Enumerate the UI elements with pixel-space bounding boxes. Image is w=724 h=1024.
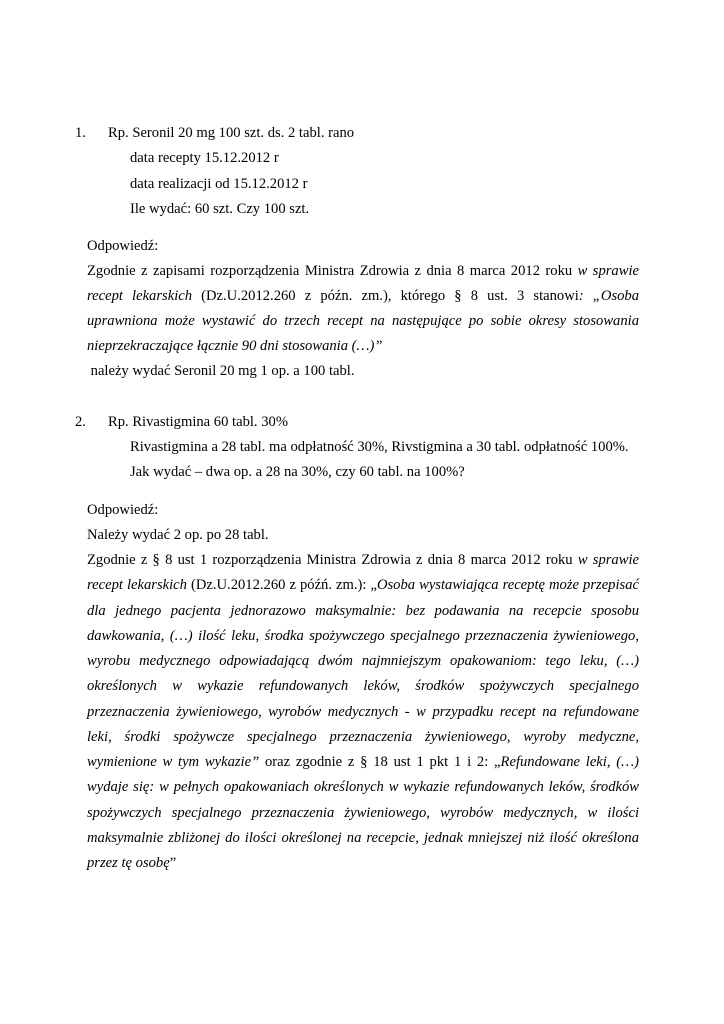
item-1-prescription-date: data recepty 15.12.2012 r [130,149,279,167]
item-1-number: 1. [75,124,86,142]
document-page: 1. Rp. Seronil 20 mg 100 szt. ds. 2 tabl… [0,0,724,1024]
item-2-answer-label: Odpowiedź: [87,501,158,519]
item-1-answer-label: Odpowiedź: [87,237,158,255]
item-2-answer-line: przez tę osobę” [87,854,176,872]
item-1-question: Ile wydać: 60 szt. Czy 100 szt. [130,200,309,218]
item-2-answer-line: określonych w wykazie refundowanych lekó… [87,677,639,695]
item-2-answer-line: dawkowania, (…) ilość leku, środka spoży… [87,627,639,645]
item-2-answer-line: wydaje się: w pełnych opakowaniach okreś… [87,778,639,796]
item-1-answer-line: Zgodnie z zapisami rozporządzenia Minist… [87,262,639,280]
item-1-answer-line: nieprzekraczające łącznie 90 dni stosowa… [87,337,383,355]
item-2-answer-line: spożywczych specjalnego przeznaczenia ży… [87,804,639,822]
item-1-answer-line: uprawniona może wystawić do trzech recep… [87,312,639,330]
item-1-prescription: Rp. Seronil 20 mg 100 szt. ds. 2 tabl. r… [108,124,354,142]
item-2-answer-line: wymienione w tym wykazie” oraz zgodnie z… [87,753,639,771]
item-1-fulfillment-date: data realizacji od 15.12.2012 r [130,175,308,193]
item-2-answer-line: wyrobu medycznego odpowiadającą dwóm naj… [87,652,639,670]
item-1-answer-conclusion: należy wydać Seronil 20 mg 1 op. a 100 t… [87,362,355,380]
item-2-answer-line: przeznaczenia żywieniowego, wyrobów medy… [87,703,639,721]
item-1-answer-line: recept lekarskich (Dz.U.2012.260 z późn.… [87,287,639,305]
item-2-answer-conclusion: Należy wydać 2 op. po 28 tabl. [87,526,269,544]
item-2-answer-line: dla jednego pacjenta jednorazowo maksyma… [87,602,639,620]
item-2-number: 2. [75,413,86,431]
item-2-answer-line: Zgodnie z § 8 ust 1 rozporządzenia Minis… [87,551,639,569]
item-2-detail: Rivastigmina a 28 tabl. ma odpłatność 30… [130,438,629,456]
item-2-answer-line: maksymalnie zbliżonej do ilości określon… [87,829,639,847]
item-2-answer-line: recept lekarskich (Dz.U.2012.260 z późń.… [87,576,639,594]
item-2-answer-line: leki, środki spożywcze specjalnego przez… [87,728,639,746]
item-2-prescription: Rp. Rivastigmina 60 tabl. 30% [108,413,288,431]
item-2-question: Jak wydać – dwa op. a 28 na 30%, czy 60 … [130,463,465,481]
